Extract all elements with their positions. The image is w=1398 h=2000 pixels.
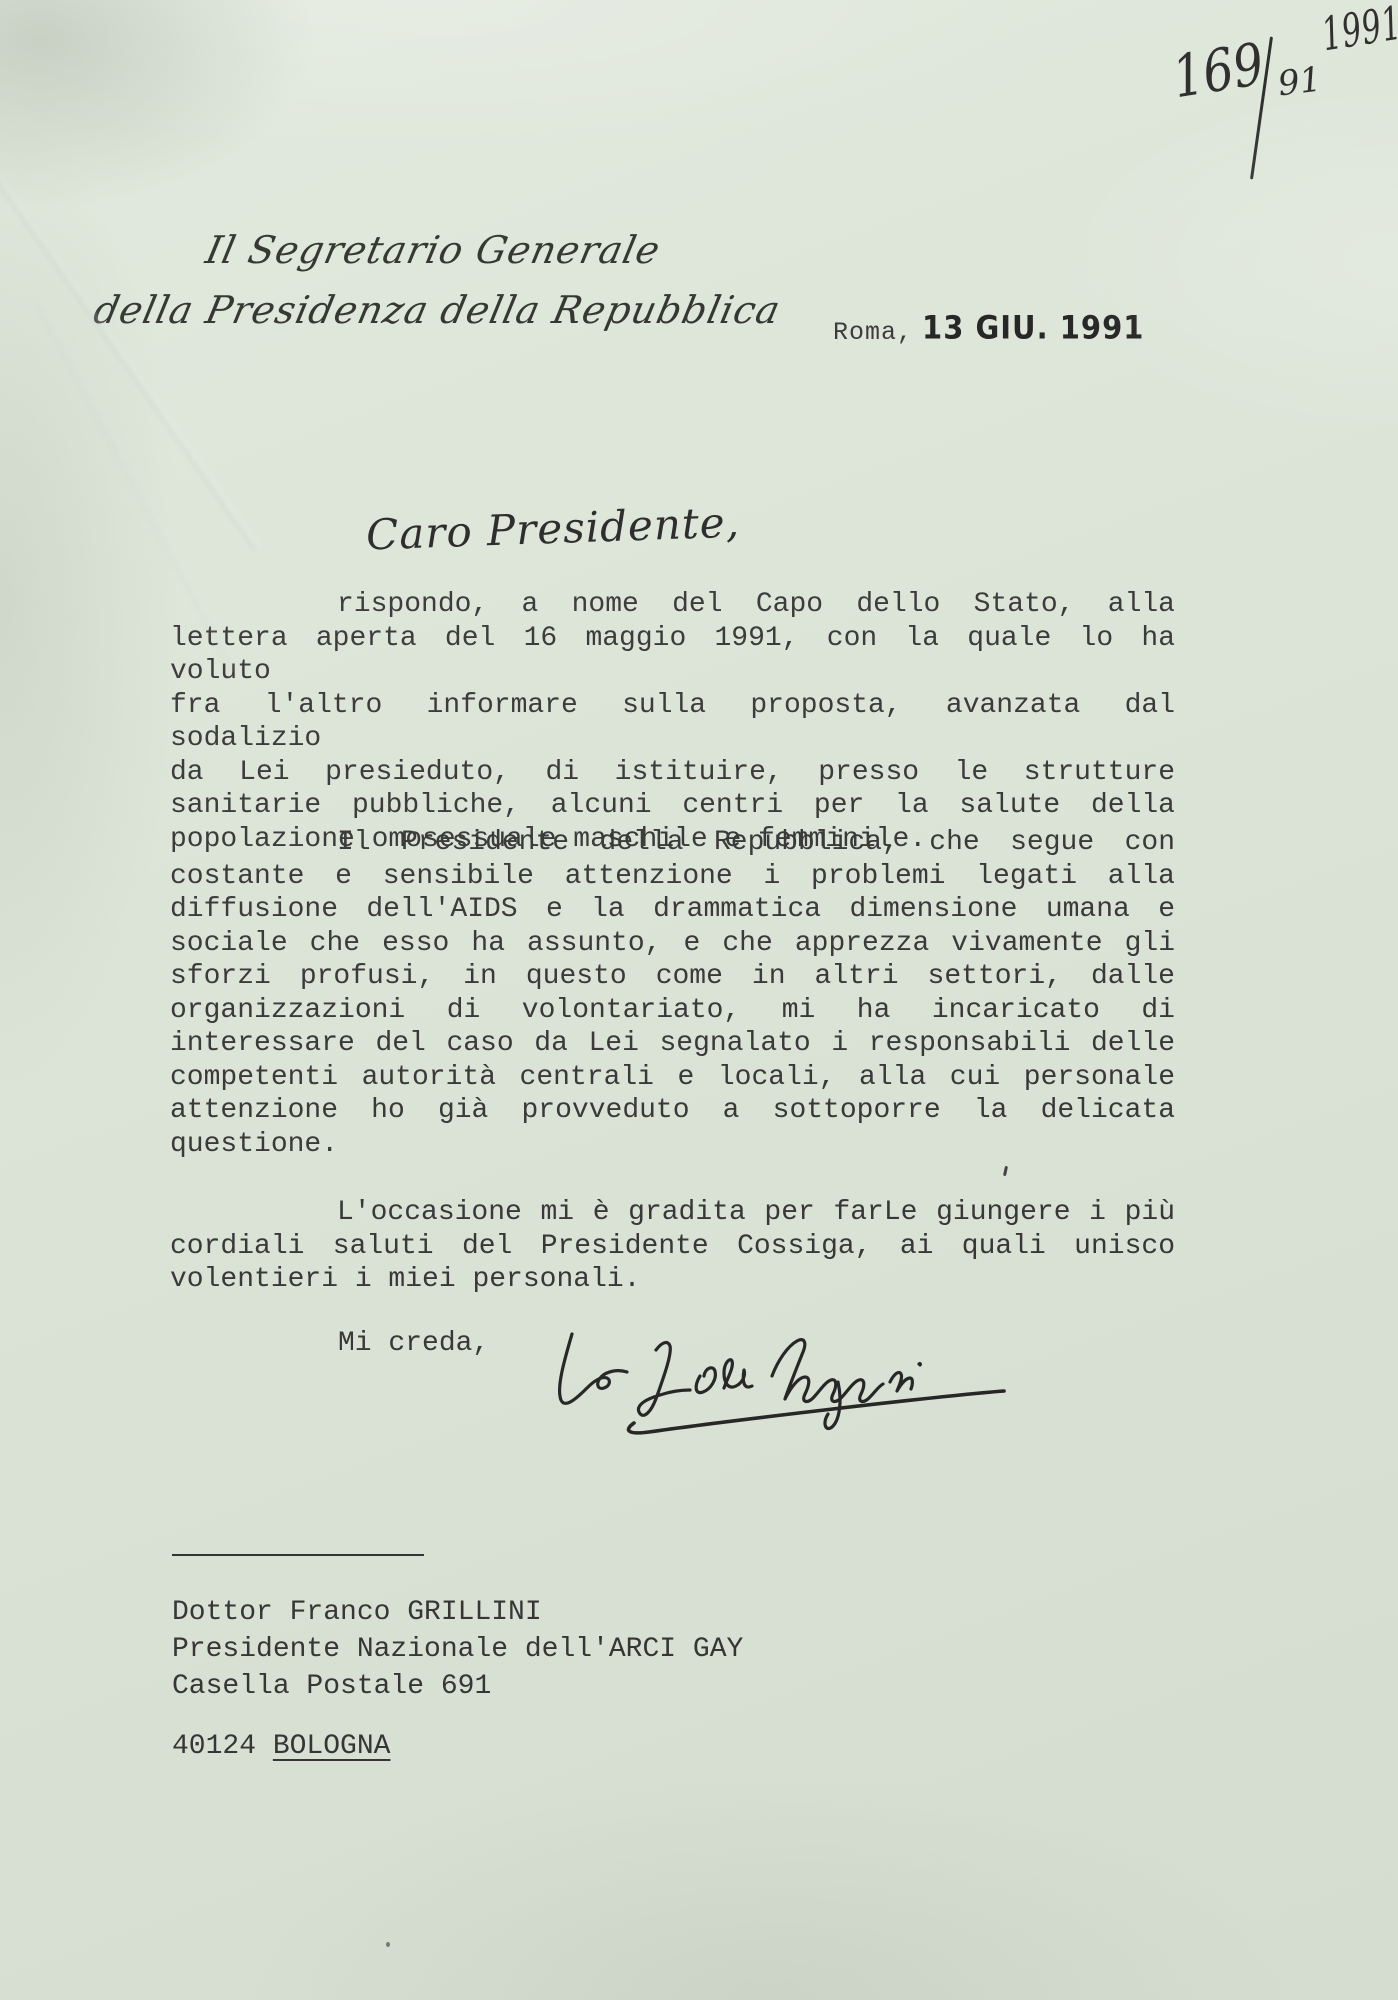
body-line: fra l'altro informare sulla proposta, av…: [170, 689, 1175, 756]
recipient-city: BOLOGNA: [273, 1731, 391, 1762]
body-line: Il Presidente della Repubblica, che segu…: [170, 826, 1175, 860]
body-line: costante e sensibile attenzione i proble…: [170, 860, 1175, 894]
dateline: Roma, 13 GIU. 1991: [833, 312, 1144, 347]
body-line: competenti autorità centrali e locali, a…: [170, 1061, 1175, 1095]
body-paragraph-1: rispondo, a nome del Capo dello Stato, a…: [170, 588, 1175, 856]
signature-strokes: [538, 1316, 1018, 1441]
address-separator-line: [172, 1554, 424, 1556]
body-line: lettera aperta del 16 maggio 1991, con l…: [170, 622, 1175, 689]
recipient-name: Dottor Franco GRILLINI: [172, 1594, 743, 1631]
handwritten-signature: [538, 1316, 1018, 1446]
body-line: organizzazioni di volontariato, mi ha in…: [170, 994, 1175, 1028]
recipient-city-line: 40124 BOLOGNA: [172, 1728, 743, 1765]
stray-ink-mark: [1003, 1166, 1008, 1176]
dateline-place: Roma,: [833, 318, 913, 347]
recipient-title: Presidente Nazionale dell'ARCI GAY: [172, 1631, 743, 1668]
handwritten-salutation: Caro Presidente,: [365, 497, 740, 559]
body-line: questione.: [170, 1128, 1175, 1162]
body-line: diffusione dell'AIDS e la drammatica dim…: [170, 893, 1175, 927]
body-line: volentieri i miei personali.: [170, 1263, 1175, 1297]
recipient-postal-code: 40124: [172, 1731, 256, 1762]
handwritten-protocol-suffix: 91: [1276, 60, 1324, 105]
body-line: sociale che esso ha assunto, e che appre…: [170, 927, 1175, 961]
handwritten-year-annotation: 1991: [1318, 0, 1398, 61]
body-line: rispondo, a nome del Capo dello Stato, a…: [170, 588, 1175, 622]
body-line: attenzione ho già provveduto a sottoporr…: [170, 1094, 1175, 1128]
body-line: da Lei presieduto, di istituire, presso …: [170, 756, 1175, 790]
letterhead-line-2: della Presidenza della Repubblica: [90, 288, 785, 332]
body-line: interessare del caso da Lei segnalato i …: [170, 1027, 1175, 1061]
recipient-address: Dottor Franco GRILLINI Presidente Nazion…: [172, 1594, 743, 1765]
closing-formula: Mi creda,: [338, 1328, 489, 1359]
body-line: sforzi profusi, in questo come in altri …: [170, 960, 1175, 994]
date-stamp: 13 GIU. 1991: [922, 309, 1144, 346]
letter-page: 1991 169 91 Il Segretario Generale della…: [0, 0, 1398, 2000]
body-line: sanitarie pubbliche, alcuni centri per l…: [170, 789, 1175, 823]
body-line: L'occasione mi è gradita per farLe giung…: [170, 1196, 1175, 1230]
recipient-po-box: Casella Postale 691: [172, 1668, 743, 1705]
body-paragraph-2: Il Presidente della Repubblica, che segu…: [170, 826, 1175, 1161]
handwritten-protocol-prefix: 169: [1168, 30, 1268, 111]
body-paragraph-3: L'occasione mi è gradita per farLe giung…: [170, 1196, 1175, 1297]
letterhead-line-1: Il Segretario Generale: [202, 228, 665, 272]
stray-ink-mark: [386, 1942, 390, 1947]
body-line: cordiali saluti del Presidente Cossiga, …: [170, 1230, 1175, 1264]
